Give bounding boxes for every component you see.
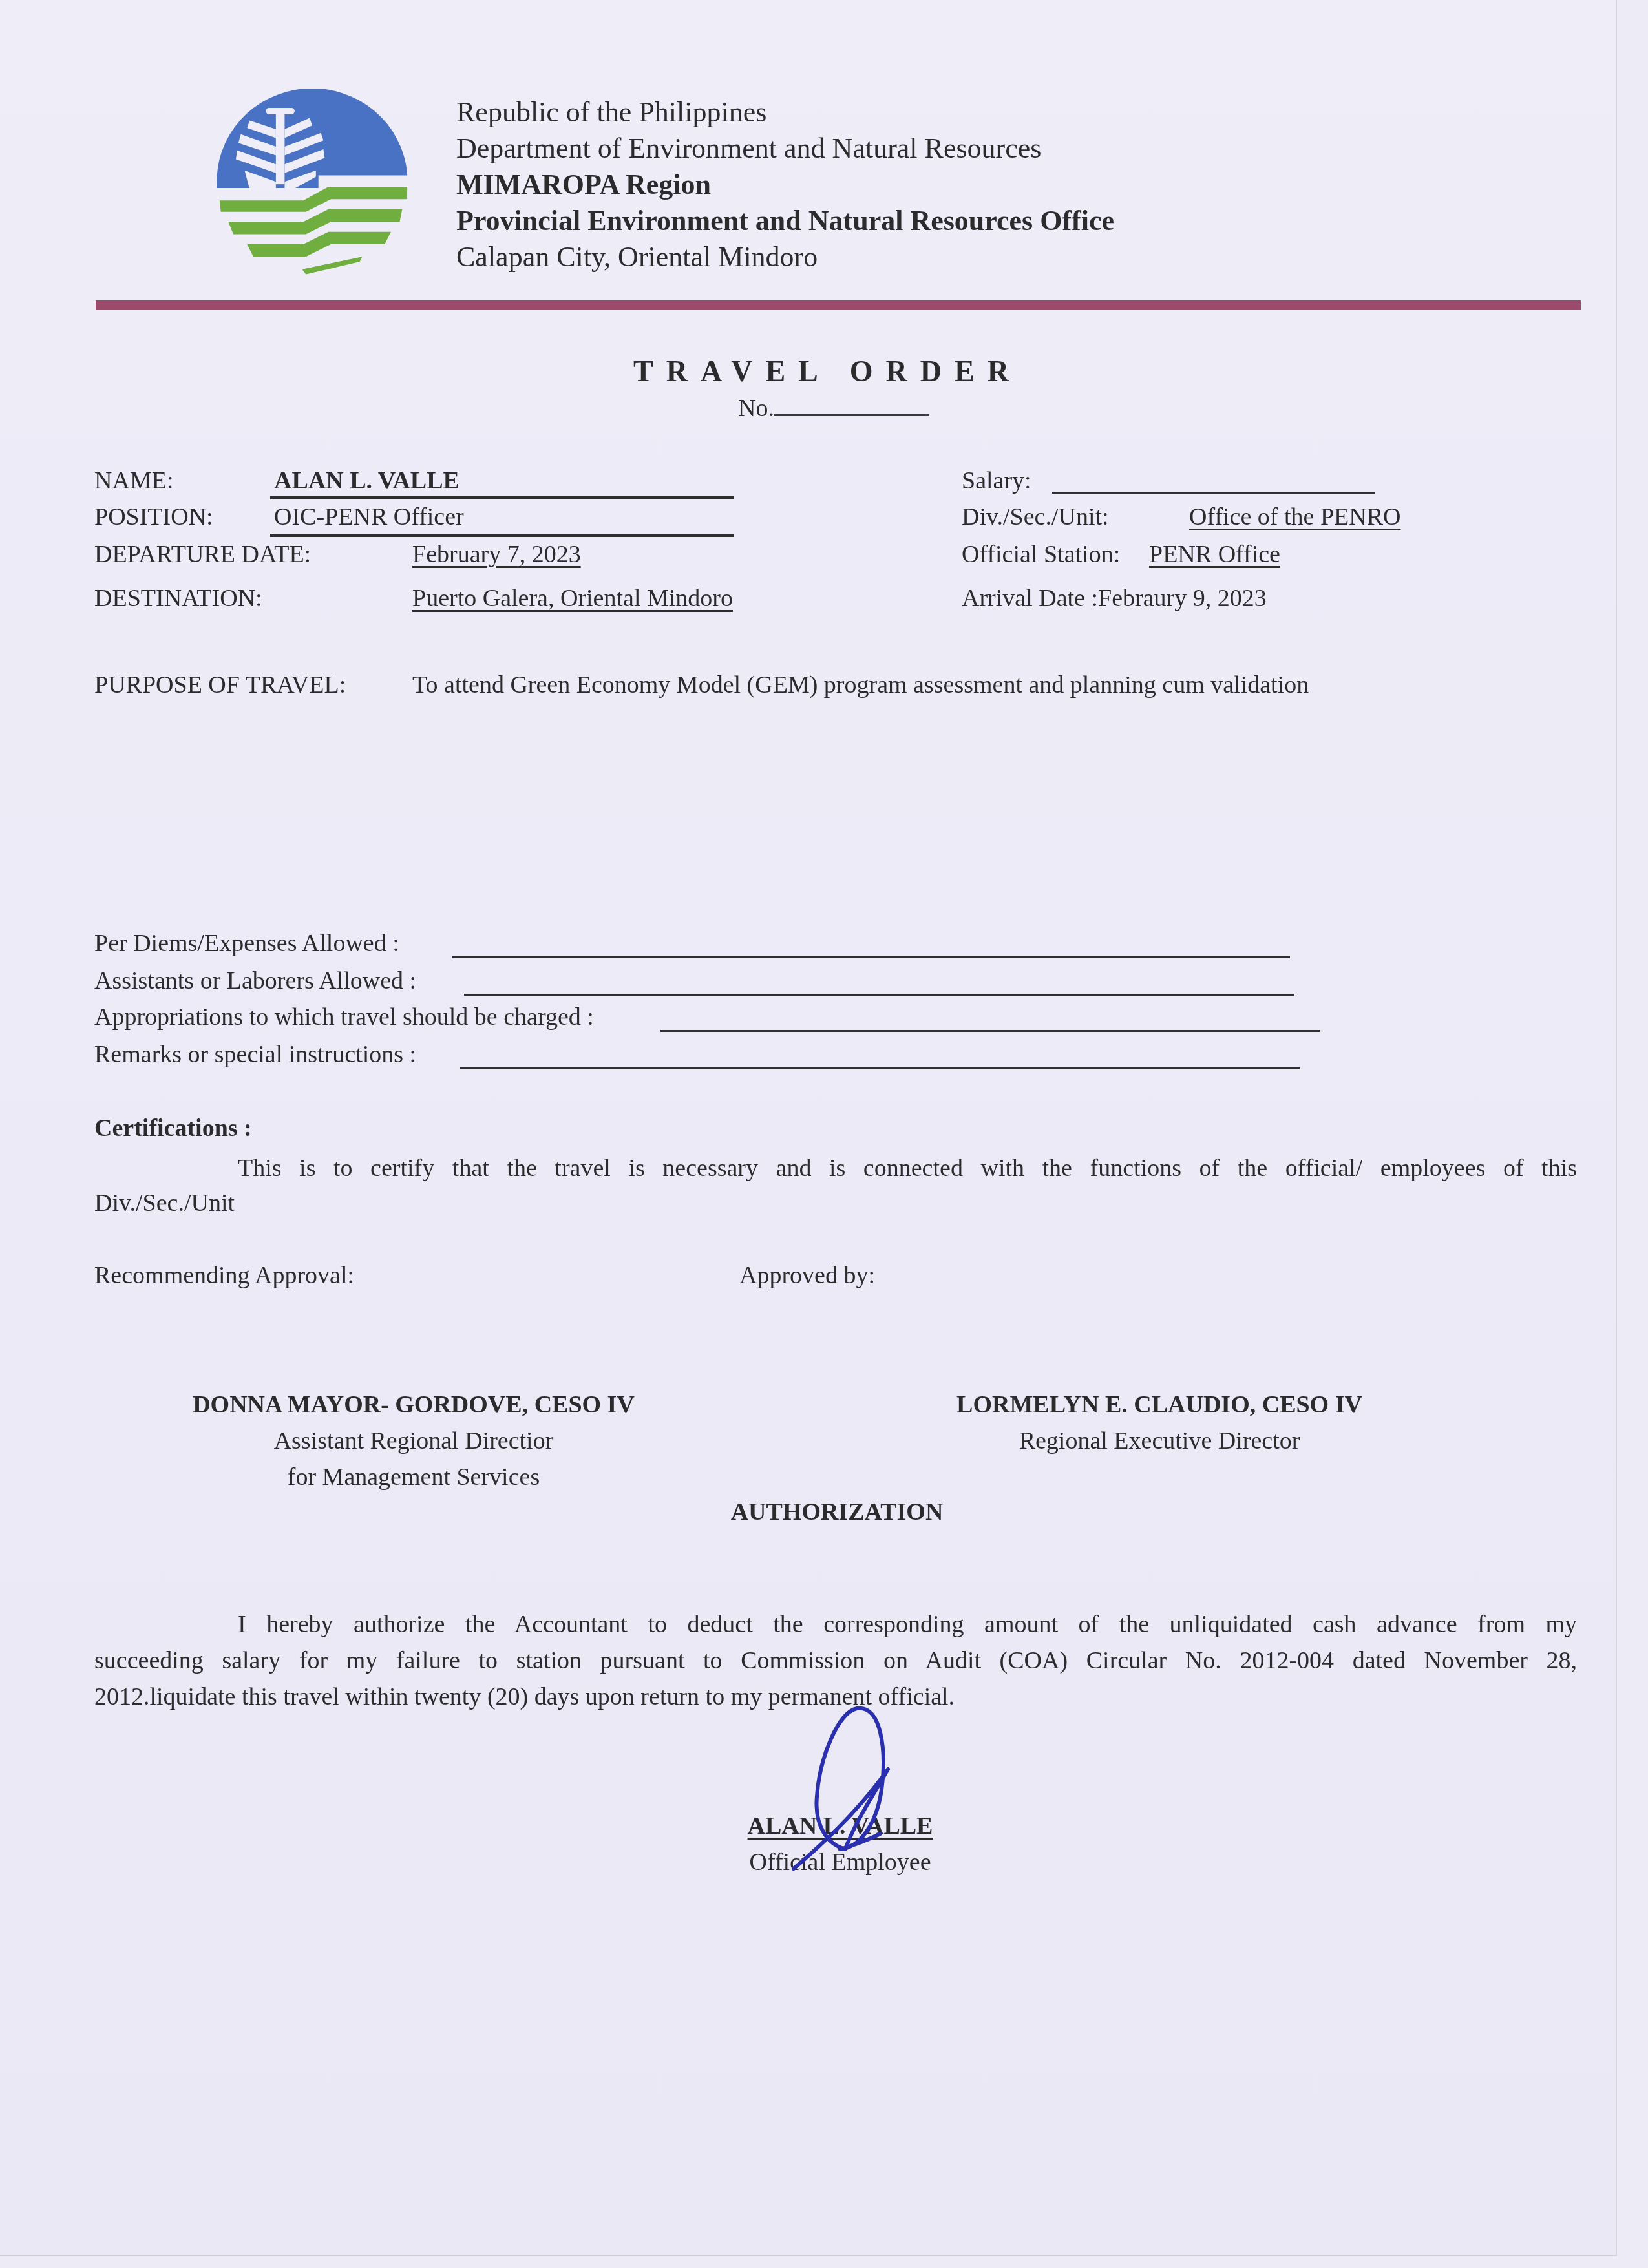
arrival-date-label: Arrival Date :	[962, 585, 1098, 612]
destination-label: DESTINATION:	[94, 583, 262, 614]
name-value: ALAN L. VALLE	[274, 465, 460, 496]
signature-icon	[743, 1699, 911, 1880]
letterhead-region: MIMAROPA Region	[456, 167, 1114, 203]
letterhead-department: Department of Environment and Natural Re…	[456, 131, 1114, 167]
purpose-label: PURPOSE OF TRAVEL:	[94, 669, 346, 700]
document-title: TRAVEL ORDER	[633, 354, 1022, 388]
order-number: No.	[738, 393, 929, 424]
per-diems-field[interactable]	[452, 956, 1290, 958]
remarks-label: Remarks or special instructions :	[94, 1039, 416, 1070]
position-value: OIC-PENR Officer	[274, 501, 464, 532]
order-number-field[interactable]	[774, 395, 929, 416]
authorization-text-line1: I hereby authorize the Accountant to ded…	[238, 1609, 1577, 1640]
position-label: POSITION:	[94, 501, 213, 532]
recommender-title2: for Management Services	[90, 1459, 737, 1495]
departure-date-value: February 7, 2023	[412, 539, 581, 570]
name-label: NAME:	[94, 465, 173, 496]
remarks-field[interactable]	[460, 1067, 1300, 1069]
certifications-text-line2: Div./Sec./Unit	[94, 1188, 235, 1219]
appropriations-field[interactable]	[660, 1030, 1320, 1032]
arrival-date-value: Febraury 9, 2023	[1098, 585, 1267, 612]
approver-name: LORMELYN E. CLAUDIO, CESO IV	[836, 1387, 1483, 1423]
header-rule	[96, 300, 1581, 310]
assistants-label: Assistants or Laborers Allowed :	[94, 965, 416, 996]
div-sec-unit-label: Div./Sec./Unit:	[962, 501, 1109, 532]
travel-order-page: Republic of the Philippines Department o…	[0, 0, 1617, 2256]
letterhead-office: Provincial Environment and Natural Resou…	[456, 203, 1114, 239]
authorization-heading: AUTHORIZATION	[0, 1496, 1648, 1528]
denr-logo-icon	[206, 89, 419, 283]
position-underline	[270, 534, 734, 537]
assistants-field[interactable]	[464, 994, 1294, 996]
approver-block: LORMELYN E. CLAUDIO, CESO IV Regional Ex…	[836, 1387, 1483, 1459]
order-number-label: No.	[738, 395, 774, 422]
destination-value: Puerto Galera, Oriental Mindoro	[412, 583, 733, 614]
letterhead-city: Calapan City, Oriental Mindoro	[456, 239, 1114, 275]
official-station-value: PENR Office	[1149, 539, 1280, 570]
authorization-text-line2: succeeding salary for my failure to stat…	[94, 1645, 1577, 1676]
recommender-block: DONNA MAYOR- GORDOVE, CESO IV Assistant …	[90, 1387, 737, 1495]
div-sec-unit-value: Office of the PENRO	[1189, 501, 1401, 532]
certifications-text-line1: This is to certify that the travel is ne…	[238, 1153, 1577, 1184]
recommender-title: Assistant Regional Directior	[90, 1423, 737, 1459]
purpose-value: To attend Green Economy Model (GEM) prog…	[412, 669, 1309, 700]
per-diems-label: Per Diems/Expenses Allowed :	[94, 928, 399, 959]
salary-label: Salary:	[962, 465, 1031, 496]
recommending-approval-label: Recommending Approval:	[94, 1260, 354, 1291]
official-station-label: Official Station:	[962, 539, 1120, 570]
certifications-heading: Certifications :	[94, 1113, 252, 1144]
recommender-name: DONNA MAYOR- GORDOVE, CESO IV	[90, 1387, 737, 1423]
name-underline	[270, 496, 734, 499]
approved-by-label: Approved by:	[739, 1260, 875, 1291]
approver-title: Regional Executive Director	[836, 1423, 1483, 1459]
letterhead: Republic of the Philippines Department o…	[456, 94, 1114, 275]
salary-field[interactable]	[1052, 492, 1375, 494]
departure-date-label: DEPARTURE DATE:	[94, 539, 311, 570]
appropriations-label: Appropriations to which travel should be…	[94, 1002, 594, 1033]
arrival-date: Arrival Date :Febraury 9, 2023	[962, 583, 1267, 614]
letterhead-republic: Republic of the Philippines	[456, 94, 1114, 131]
